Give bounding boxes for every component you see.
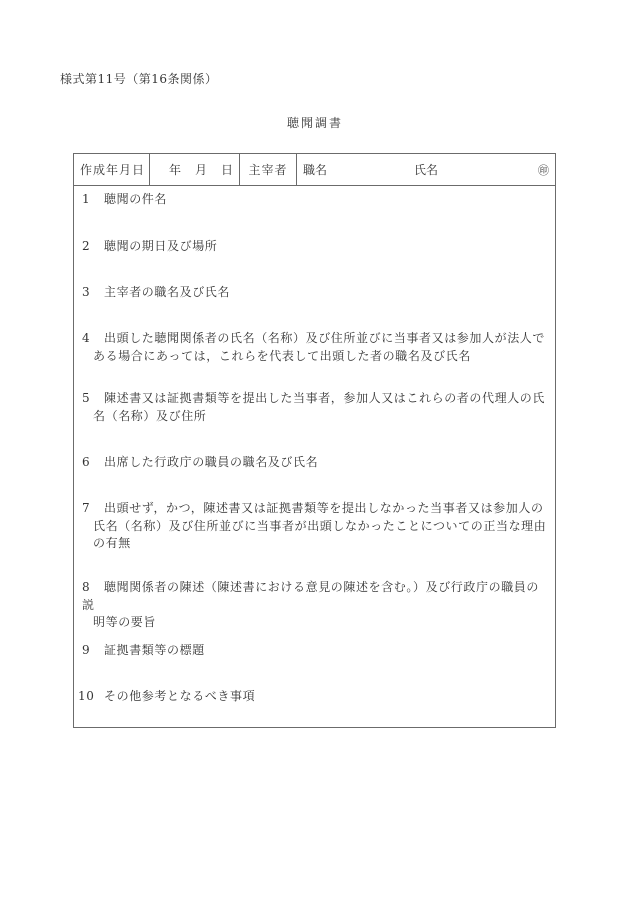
item-number: 8	[82, 579, 104, 597]
item-6: 6出席した行政庁の職員の職名及び氏名	[82, 454, 547, 472]
item-3: 3主宰者の職名及び氏名	[82, 284, 547, 302]
item-number: 2	[82, 238, 104, 256]
item-text: 出席した行政庁の職員の職名及び氏名	[104, 455, 318, 469]
created-date-label: 作成年月日	[74, 154, 150, 185]
hearing-record-table: 作成年月日 年 月 日 主宰者 職名 氏名 ㊞ 1聴聞の件名 2聴聞の期日及び場…	[73, 153, 556, 728]
header-row: 作成年月日 年 月 日 主宰者 職名 氏名 ㊞	[74, 154, 555, 186]
item-text: その他参考となるべき事項	[104, 689, 255, 703]
item-1: 1聴聞の件名	[82, 191, 547, 209]
item-number: 4	[82, 330, 104, 348]
day-label: 日	[221, 161, 233, 178]
item-number: 6	[82, 454, 104, 472]
item-number: 5	[82, 390, 104, 408]
created-date-field[interactable]: 年 月 日	[150, 154, 240, 185]
item-text-continued: ある場合にあっては，これらを代表して出頭した者の職名及び氏名	[82, 348, 547, 366]
item-number: 10	[78, 688, 104, 706]
presider-label: 主宰者	[240, 154, 297, 185]
item-4: 4出頭した聴聞関係者の氏名（名称）及び住所並びに当事者又は参加人が法人で ある場…	[82, 330, 547, 365]
item-text: 聴聞の期日及び場所	[104, 239, 217, 253]
month-label: 月	[195, 161, 207, 178]
form-number: 様式第11号（第16条関係）	[60, 70, 218, 87]
item-10: 10その他参考となるべき事項	[78, 688, 547, 706]
item-text: 出頭せず，かつ，陳述書又は証拠書類等を提出しなかった当事者又は参加人の	[104, 501, 544, 515]
name-label: 氏名	[414, 161, 438, 178]
item-number: 9	[82, 642, 104, 660]
job-title-label: 職名	[303, 161, 327, 178]
item-number: 1	[82, 191, 104, 209]
item-text: 主宰者の職名及び氏名	[104, 285, 230, 299]
item-text-continued-2: の有無	[82, 535, 547, 553]
item-number: 3	[82, 284, 104, 302]
item-number: 7	[82, 500, 104, 518]
item-7: 7出頭せず，かつ，陳述書又は証拠書類等を提出しなかった当事者又は参加人の 氏名（…	[82, 500, 547, 553]
item-text-continued: 名（名称）及び住所	[82, 408, 547, 426]
item-8: 8聴聞関係者の陳述（陳述書における意見の陳述を含む。）及び行政庁の職員の説 明等…	[82, 579, 547, 632]
item-5: 5陳述書又は証拠書類等を提出した当事者，参加人又はこれらの者の代理人の氏 名（名…	[82, 390, 547, 425]
item-9: 9証拠書類等の標題	[82, 642, 547, 660]
item-2: 2聴聞の期日及び場所	[82, 238, 547, 256]
item-text: 出頭した聴聞関係者の氏名（名称）及び住所並びに当事者又は参加人が法人で	[104, 331, 545, 345]
presider-name-field[interactable]: 職名 氏名 ㊞	[297, 154, 555, 185]
item-text: 聴聞関係者の陳述（陳述書における意見の陳述を含む。）及び行政庁の職員の説	[82, 580, 539, 612]
item-text-continued: 氏名（名称）及び住所並びに当事者が出頭しなかったことについての正当な理由	[82, 518, 547, 536]
year-label: 年	[169, 161, 181, 178]
item-text: 証拠書類等の標題	[104, 643, 205, 657]
document-title: 聴聞調書	[0, 114, 630, 131]
item-text: 聴聞の件名	[104, 192, 167, 206]
seal-icon: ㊞	[538, 162, 549, 178]
item-text: 陳述書又は証拠書類等を提出した当事者，参加人又はこれらの者の代理人の氏	[104, 391, 545, 405]
item-text-continued: 明等の要旨	[82, 614, 547, 632]
